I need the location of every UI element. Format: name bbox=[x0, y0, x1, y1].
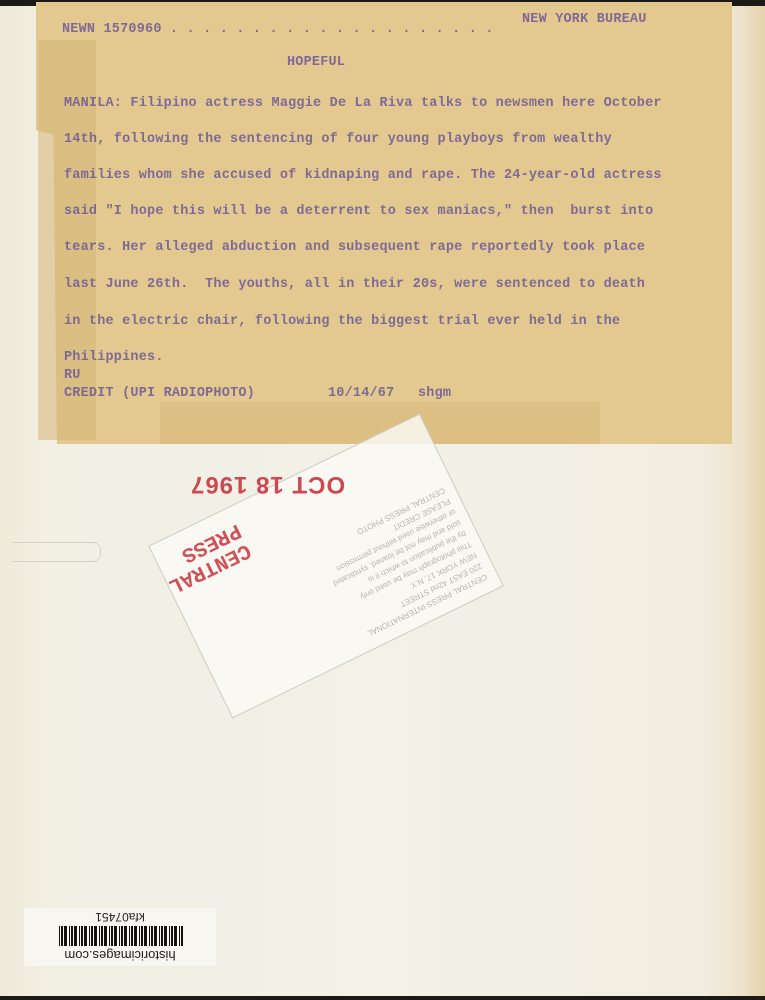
caption-initials: RU bbox=[64, 368, 81, 383]
caption-line: said "I hope this will be a deterrent to… bbox=[64, 204, 653, 219]
paper-tab-outline bbox=[12, 542, 101, 562]
barcode-label: historicimages.com kfa07451 bbox=[24, 908, 216, 966]
barcode-id-text: kfa07451 bbox=[95, 911, 144, 925]
caption-line: families whom she accused of kidnaping a… bbox=[64, 168, 662, 183]
caption-date: 10/14/67 bbox=[328, 386, 394, 401]
caption-line: Philippines. bbox=[64, 350, 164, 365]
caption-title: HOPEFUL bbox=[287, 55, 345, 70]
barcode-icon bbox=[57, 927, 183, 947]
barcode-site-text: historicimages.com bbox=[64, 949, 175, 964]
caption-header-left: NEWN 1570960 . . . . . . . . . . . . . .… bbox=[62, 22, 494, 37]
caption-line: last June 26th. The youths, all in their… bbox=[64, 277, 645, 292]
caption-credit: CREDIT (UPI RADIOPHOTO) bbox=[64, 386, 255, 401]
caption-header-right: NEW YORK BUREAU bbox=[522, 12, 647, 27]
caption-line: tears. Her alleged abduction and subsequ… bbox=[64, 240, 645, 255]
paper-edge-shade bbox=[743, 6, 765, 996]
caption-date-suffix: shgm bbox=[418, 386, 451, 401]
received-date-stamp: OCT 18 1967 bbox=[190, 470, 345, 498]
caption-line: MANILA: Filipino actress Maggie De La Ri… bbox=[64, 96, 662, 111]
caption-sheet bbox=[36, 2, 732, 444]
caption-line: 14th, following the sentencing of four y… bbox=[64, 132, 612, 147]
caption-line: in the electric chair, following the big… bbox=[64, 314, 620, 329]
